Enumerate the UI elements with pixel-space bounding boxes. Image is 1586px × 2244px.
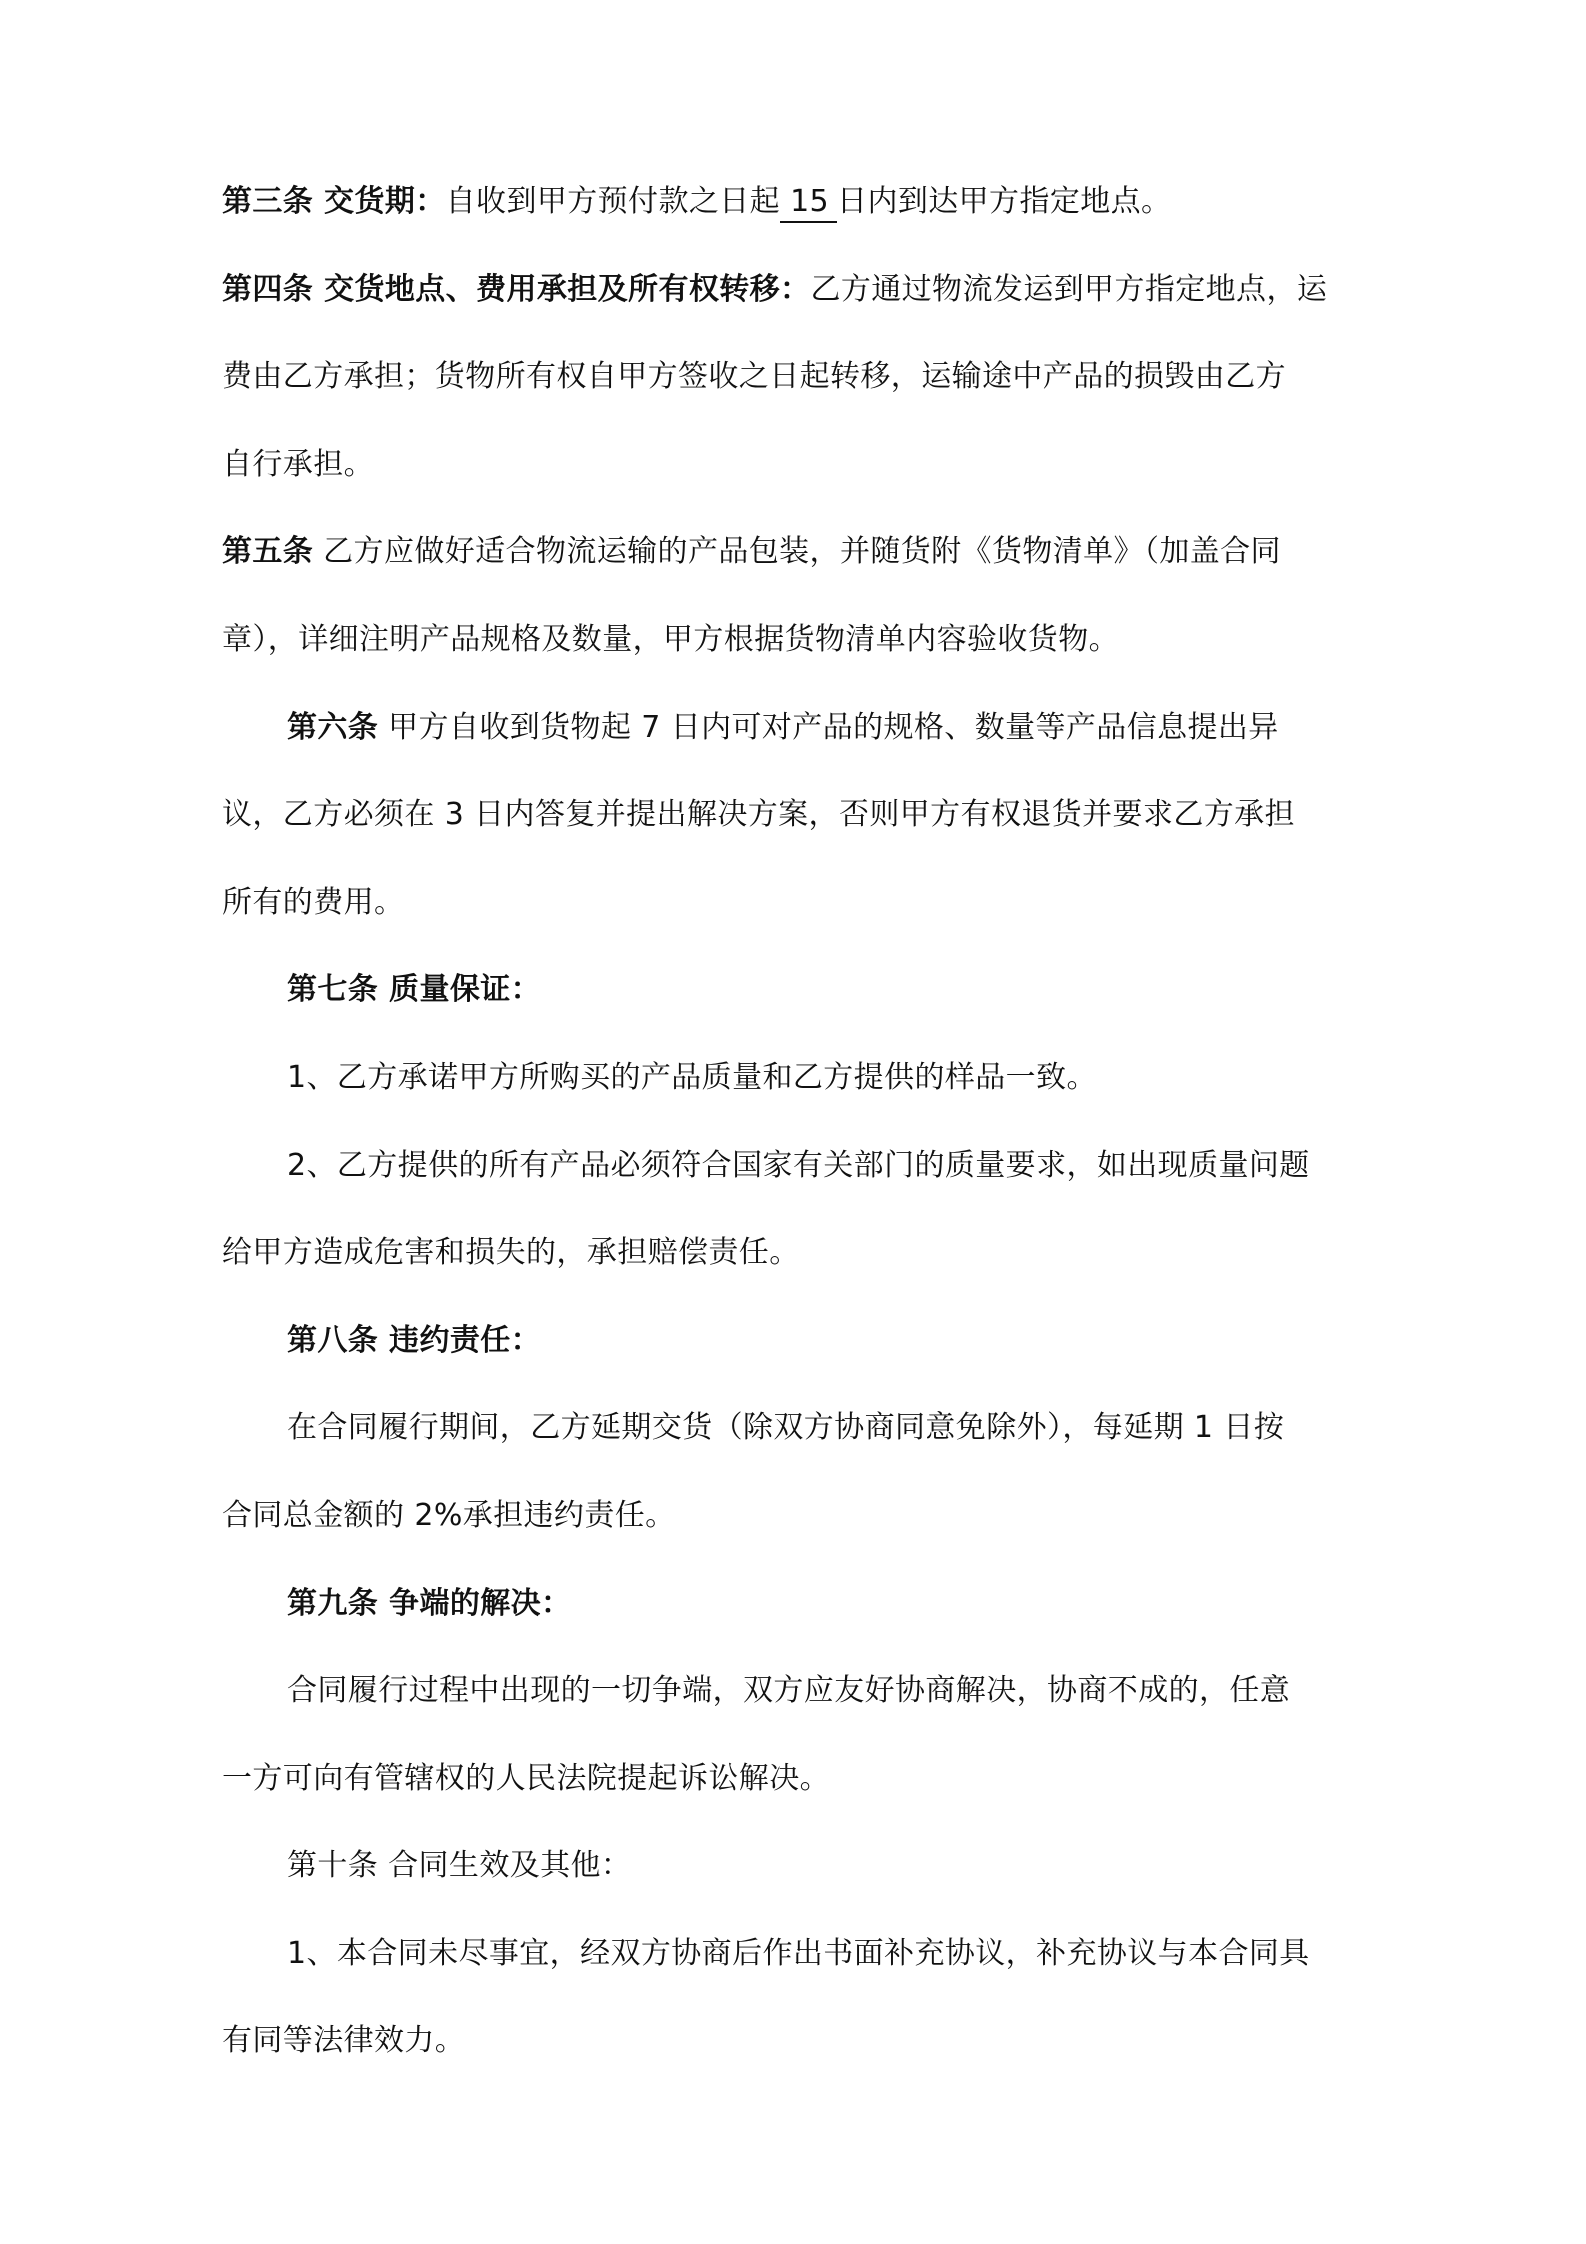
clause-6-text-1: 甲方自收到货物起 7 日内可对产品的规格、数量等产品信息提出异 [388,710,1279,745]
clause-8-heading: 第八条 违约责任： [222,1297,1352,1385]
clause-10-item-1-line-2: 有同等法律效力。 [222,1997,1352,2085]
clause-4-line-3: 自行承担。 [222,421,1352,509]
clause-4-line-1: 第四条 交货地点、费用承担及所有权转移：乙方通过物流发运到甲方指定地点，运 [222,246,1352,334]
clause-4-heading: 第四条 交货地点、费用承担及所有权转移： [222,272,810,307]
clause-9-line-1: 合同履行过程中出现的一切争端，双方应友好协商解决，协商不成的，任意 [222,1647,1352,1735]
clause-3-delivery-period: 第三条 交货期：自收到甲方预付款之日起15日内到达甲方指定地点。 [222,158,1352,246]
clause-10-heading: 第十条 合同生效及其他： [222,1822,1352,1910]
clause-10-item-1-line-1: 1、本合同未尽事宜，经双方协商后作出书面补充协议，补充协议与本合同具 [222,1910,1352,1998]
clause-9-heading: 第九条 争端的解决： [222,1560,1352,1648]
clause-5-line-1: 第五条 乙方应做好适合物流运输的产品包装，并随货附《货物清单》（加盖合同 [222,508,1352,596]
clause-8-line-2: 合同总金额的 2%承担违约责任。 [222,1472,1352,1560]
contract-page: 第三条 交货期：自收到甲方预付款之日起15日内到达甲方指定地点。 第四条 交货地… [222,158,1352,2085]
clause-7-item-2-line-1: 2、乙方提供的所有产品必须符合国家有关部门的质量要求，如出现质量问题 [222,1122,1352,1210]
clause-5-text-1: 乙方应做好适合物流运输的产品包装，并随货附《货物清单》（加盖合同 [323,534,1281,569]
clause-3-text-before: 自收到甲方预付款之日起 [446,184,780,219]
clause-6-heading: 第六条 [287,710,378,745]
clause-9-line-2: 一方可向有管辖权的人民法院提起诉讼解决。 [222,1735,1352,1823]
clause-6-line-2: 议，乙方必须在 3 日内答复并提出解决方案，否则甲方有权退货并要求乙方承担 [222,771,1352,859]
clause-5-line-2: 章），详细注明产品规格及数量，甲方根据货物清单内容验收货物。 [222,596,1352,684]
clause-7-item-2-line-2: 给甲方造成危害和损失的，承担赔偿责任。 [222,1209,1352,1297]
clause-5-heading: 第五条 [222,534,313,569]
clause-3-text-after: 日内到达甲方指定地点。 [837,184,1171,219]
clause-3-heading: 第三条 交货期： [222,184,446,219]
clause-6-line-3: 所有的费用。 [222,859,1352,947]
clause-4-line-2: 费由乙方承担；货物所有权自甲方签收之日起转移，运输途中产品的损毁由乙方 [222,333,1352,421]
clause-7-heading: 第七条 质量保证： [222,946,1352,1034]
clause-8-line-1: 在合同履行期间，乙方延期交货（除双方协商同意免除外），每延期 1 日按 [222,1384,1352,1472]
clause-7-item-1: 1、乙方承诺甲方所购买的产品质量和乙方提供的样品一致。 [222,1034,1352,1122]
clause-6-line-1: 第六条 甲方自收到货物起 7 日内可对产品的规格、数量等产品信息提出异 [222,684,1352,772]
delivery-days-field: 15 [780,187,837,223]
clause-4-text-1: 乙方通过物流发运到甲方指定地点，运 [810,272,1327,307]
